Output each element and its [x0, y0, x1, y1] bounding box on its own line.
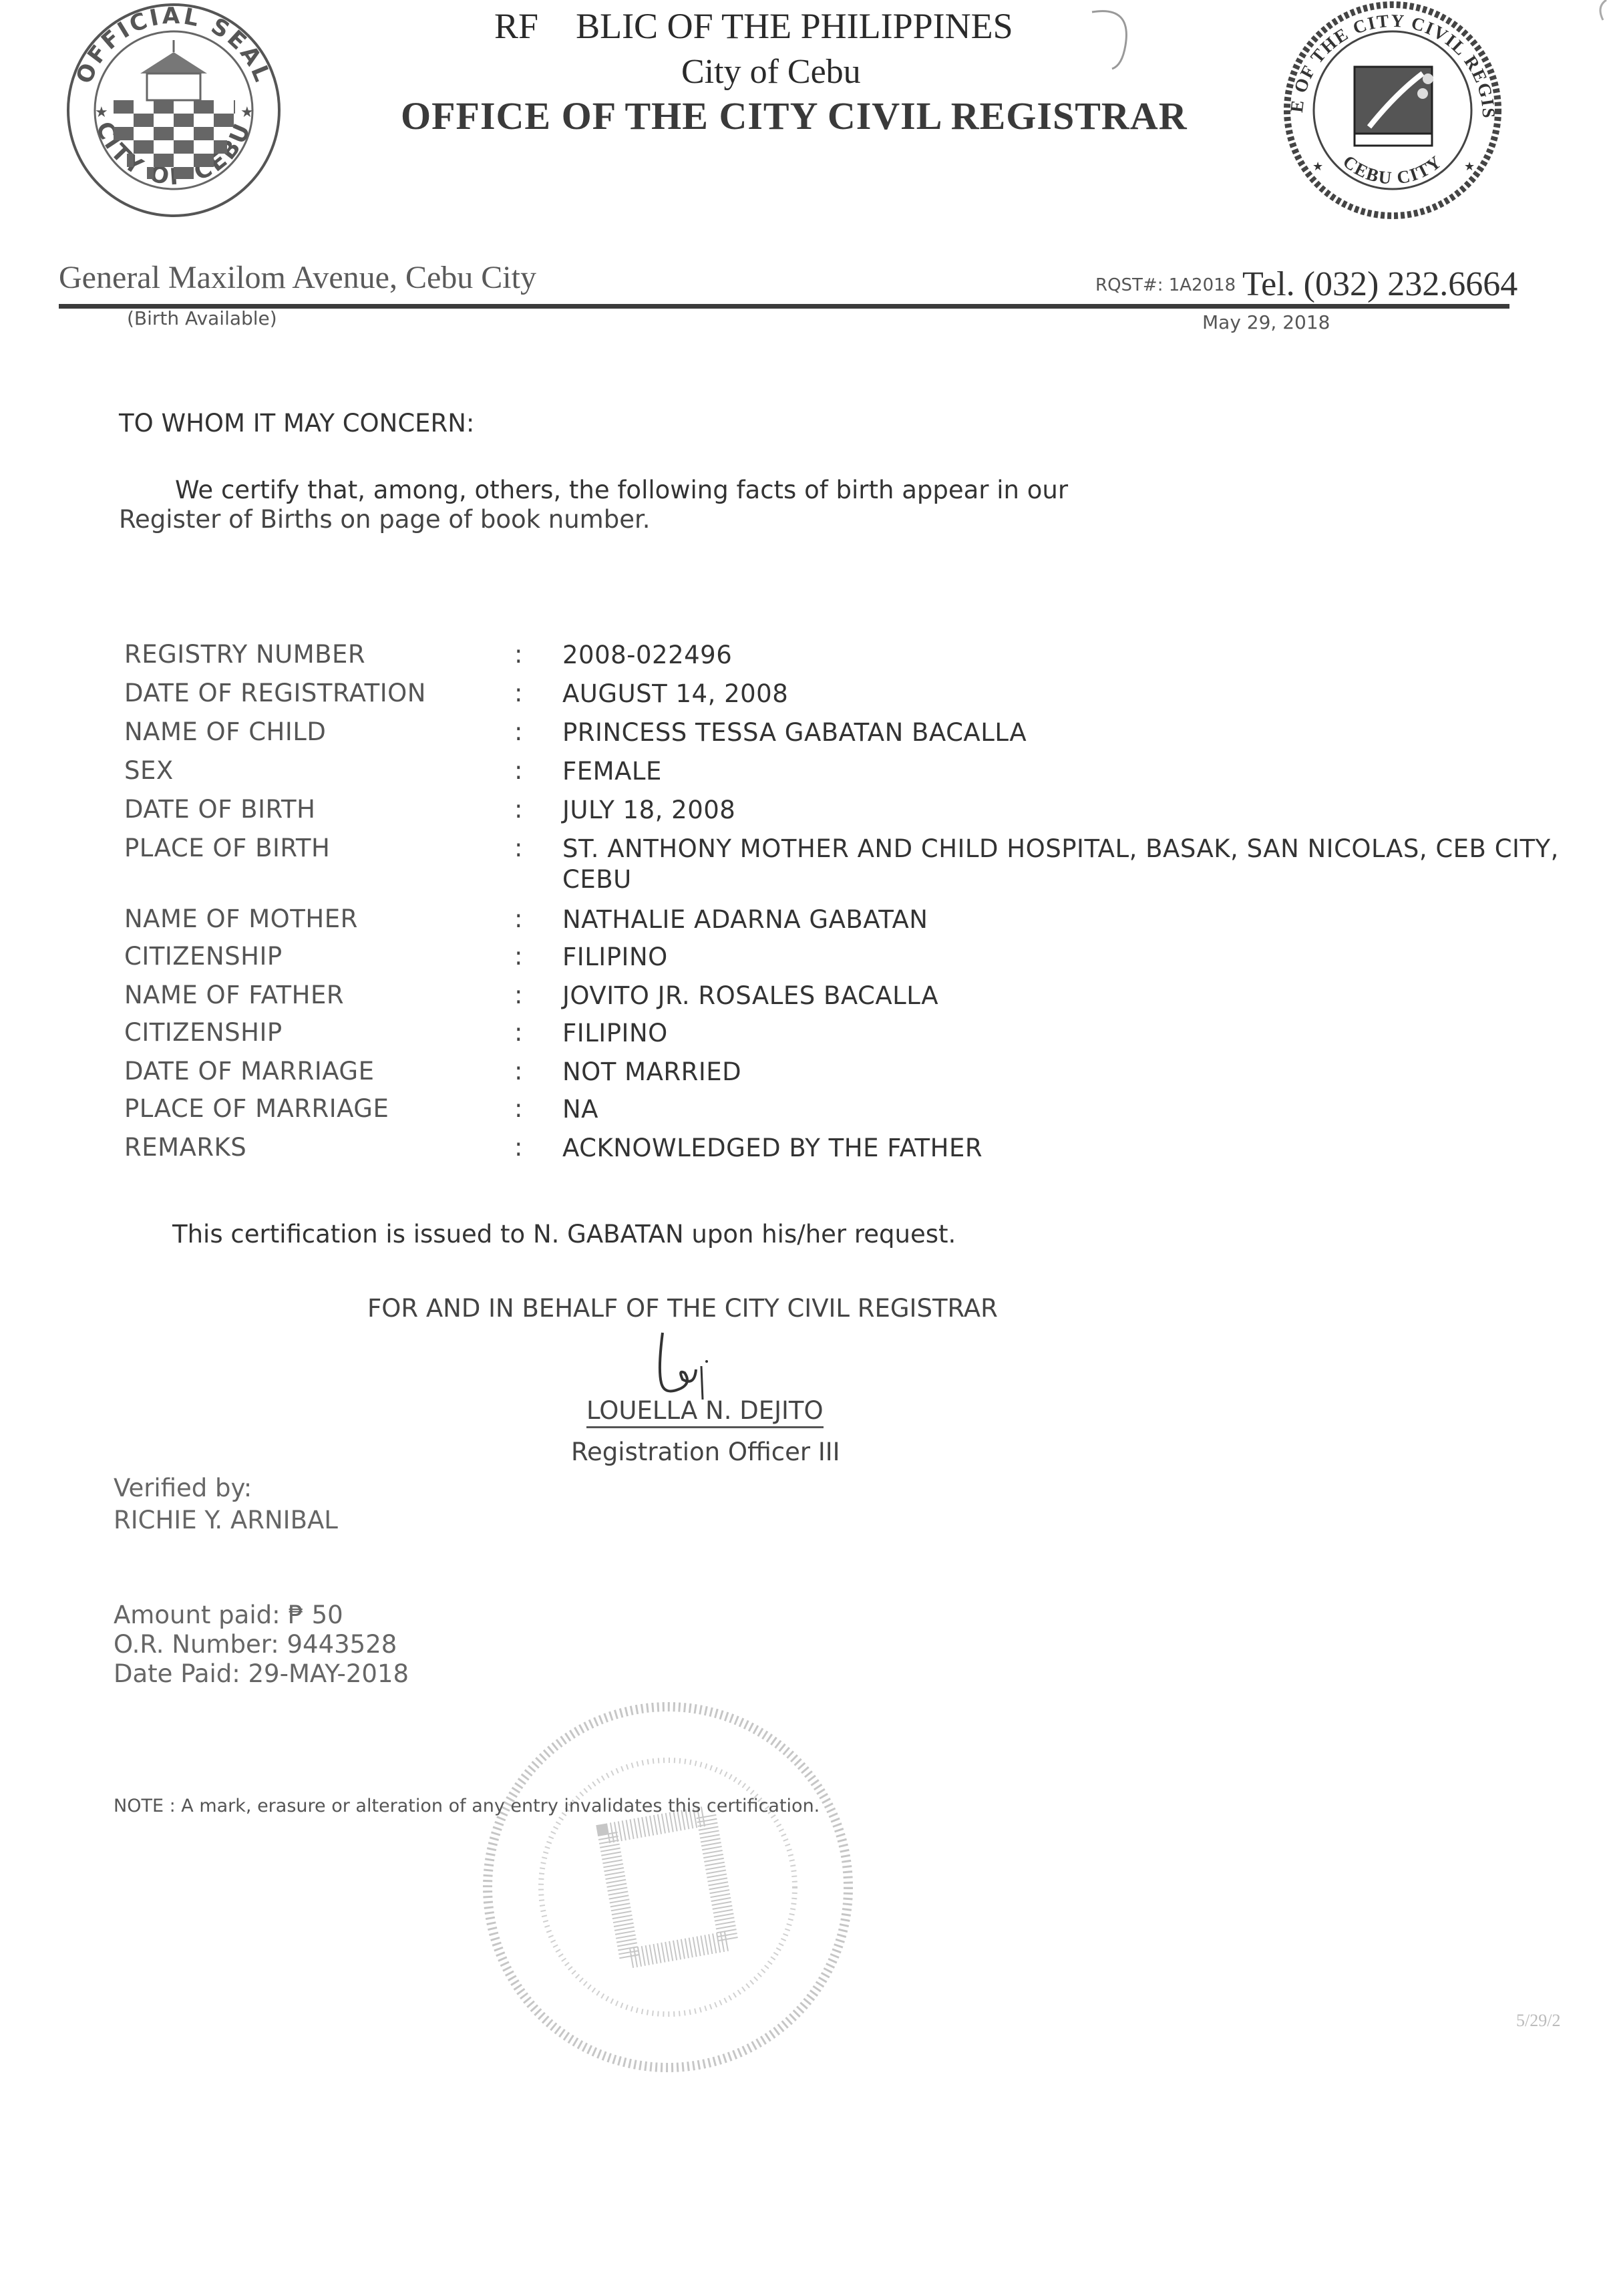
fact-label: DATE OF BIRTH: [124, 795, 315, 824]
svg-text:CEBU CITY: CEBU CITY: [1339, 151, 1446, 188]
fact-separator: :: [514, 1018, 522, 1047]
availability-status: (Birth Available): [127, 307, 277, 329]
issue-date: May 29, 2018: [1202, 311, 1330, 333]
alteration-note: NOTE : A mark, erasure or alteration of …: [114, 1796, 820, 1816]
dry-seal-stamp-icon: [474, 1690, 862, 2084]
svg-text:★: ★: [1464, 160, 1475, 173]
fact-value: PRINCESS TESSA GABATAN BACALLA: [562, 717, 1604, 748]
republic-heading: RFBLIC OF THE PHILIPPINES: [494, 5, 1013, 47]
svg-text:★: ★: [240, 104, 254, 120]
fact-value: NOT MARRIED: [562, 1057, 1604, 1088]
scan-artifact-curl-icon: [1085, 5, 1139, 72]
fact-separator: :: [514, 981, 522, 1009]
fact-separator: :: [514, 1057, 522, 1086]
fact-value: NA: [562, 1094, 1604, 1125]
fact-label: NAME OF FATHER: [124, 981, 344, 1009]
fact-separator: :: [514, 679, 522, 707]
verified-by-label: Verified by:: [114, 1474, 252, 1502]
salutation: TO WHOM IT MAY CONCERN:: [119, 409, 474, 438]
fact-separator: :: [514, 1094, 522, 1123]
fact-value: AUGUST 14, 2008: [562, 679, 1604, 709]
svg-text:★: ★: [1312, 160, 1323, 173]
fact-separator: :: [514, 834, 522, 862]
fact-value: FILIPINO: [562, 1018, 1604, 1049]
fact-label: NAME OF MOTHER: [124, 905, 358, 933]
fact-separator: :: [514, 717, 522, 746]
fact-value: 2008-022496: [562, 640, 1604, 671]
scan-artifact-corner-icon: [1583, 0, 1609, 27]
fact-value: NATHALIE ADARNA GABATAN: [562, 905, 1604, 935]
or-number: O.R. Number: 9443528: [114, 1630, 397, 1659]
fact-value: FEMALE: [562, 756, 1604, 787]
intro-line-1: We certify that, among, others, the foll…: [175, 476, 1068, 504]
verifier-name: RICHIE Y. ARNIBAL: [114, 1506, 338, 1534]
date-paid: Date Paid: 29-MAY-2018: [114, 1659, 409, 1688]
civil-registrar-seal-icon: OFFICE OF THE CITY CIVIL REGISTRAR CEBU …: [1276, 0, 1509, 224]
fact-label: PLACE OF BIRTH: [124, 834, 330, 862]
certification-statement: This certification is issued to N. GABAT…: [172, 1220, 956, 1249]
fact-label: CITIZENSHIP: [124, 1018, 283, 1047]
city-heading: City of Cebu: [681, 52, 861, 92]
signature-icon: [655, 1329, 735, 1403]
fact-label: DATE OF REGISTRATION: [124, 679, 426, 707]
fact-separator: :: [514, 1133, 522, 1162]
intro-line-2: Register of Births on page of book numbe…: [119, 505, 651, 534]
office-address: General Maxilom Avenue, Cebu City: [59, 259, 536, 296]
signer-title: Registration Officer III: [571, 1438, 840, 1466]
office-heading: OFFICE OF THE CITY CIVIL REGISTRAR: [401, 94, 1188, 138]
stamp-date: 5/29/2: [1516, 2011, 1560, 2031]
fact-separator: :: [514, 640, 522, 669]
fact-label: PLACE OF MARRIAGE: [124, 1094, 389, 1123]
behalf-line: FOR AND IN BEHALF OF THE CITY CIVIL REGI…: [367, 1294, 998, 1323]
fact-label: NAME OF CHILD: [124, 717, 326, 746]
fact-value: ACKNOWLEDGED BY THE FATHER: [562, 1133, 1604, 1164]
request-number: RQST#: 1A2018: [1095, 275, 1236, 295]
fact-label: CITIZENSHIP: [124, 942, 283, 971]
fact-value: FILIPINO: [562, 942, 1604, 973]
fact-value: JOVITO JR. ROSALES BACALLA: [562, 981, 1604, 1011]
fact-value: ST. ANTHONY MOTHER AND CHILD HOSPITAL, B…: [562, 834, 1604, 895]
amount-paid: Amount paid: ₱ 50: [114, 1601, 343, 1629]
svg-text:★: ★: [95, 104, 108, 120]
fact-label: REMARKS: [124, 1133, 246, 1162]
fact-separator: :: [514, 942, 522, 971]
office-telephone: Tel. (032) 232.6664: [1242, 265, 1517, 304]
fact-value: JULY 18, 2008: [562, 795, 1604, 826]
signer-name: LOUELLA N. DEJITO: [586, 1396, 824, 1428]
fact-label: DATE OF MARRIAGE: [124, 1057, 374, 1086]
city-of-cebu-seal-icon: OFFICIAL SEAL CITY OF CEBU ★ ★: [60, 0, 287, 220]
fact-label: REGISTRY NUMBER: [124, 640, 365, 669]
fact-separator: :: [514, 756, 522, 785]
fact-separator: :: [514, 795, 522, 824]
fact-separator: :: [514, 905, 522, 933]
fact-label: SEX: [124, 756, 174, 785]
